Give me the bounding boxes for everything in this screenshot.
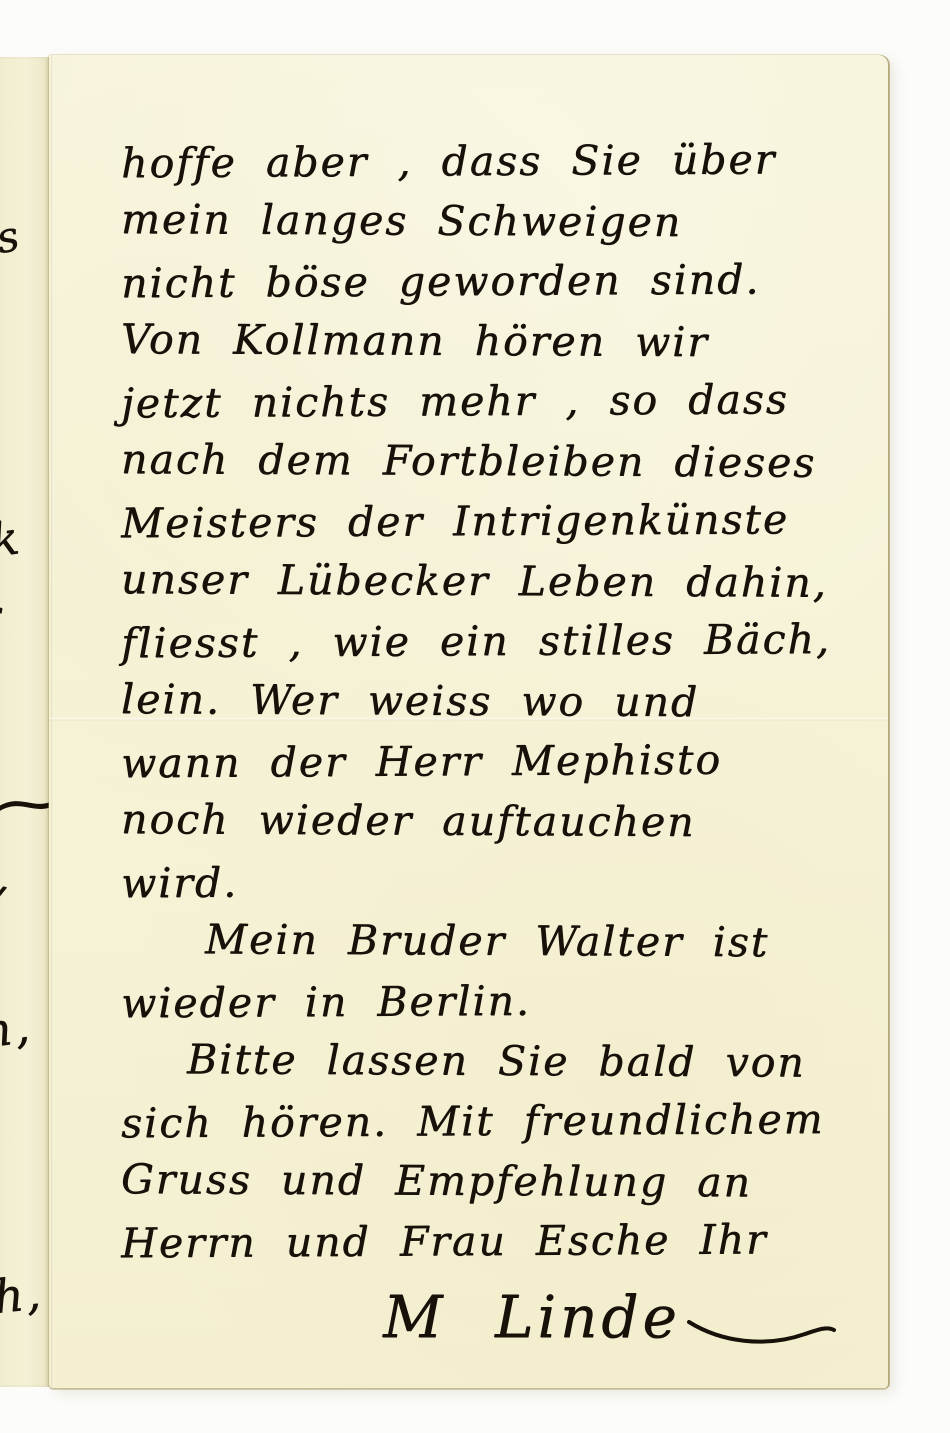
ink-fragment: ch,	[0, 1265, 45, 1327]
letter-line: lein. Wer weiss wo und	[121, 669, 870, 733]
adjacent-page-edge: ’ es lk r ~ / th, ch,	[0, 57, 49, 1387]
letter-line: Mein Bruder Walter ist	[205, 909, 870, 972]
ink-fragment: /	[0, 874, 7, 930]
letter-line: Bitte lassen Sie bald von	[187, 1029, 870, 1093]
signature-flourish	[687, 1308, 837, 1352]
letter-line: Meisters der Intrigenkünste	[121, 489, 870, 554]
letter-line: nach dem Fortbleiben dieses	[121, 429, 870, 493]
letter-line: hoffe aber , dass Sie über	[121, 129, 870, 194]
ink-fragment: th,	[0, 998, 34, 1061]
letter-line: sich hören. Mit freundlichem	[121, 1089, 870, 1154]
letter-line: wird.	[121, 849, 870, 914]
ink-fragment: es	[0, 210, 25, 268]
ink-fragment: lk	[0, 510, 24, 570]
ink-fragment: ’	[0, 144, 10, 181]
letter-line: noch wieder auftauchen	[121, 789, 870, 853]
letter-line: Gruss und Empfehlung an	[121, 1149, 870, 1213]
letter-page: hoffe aber , dass Sie über mein langes S…	[49, 55, 888, 1388]
letter-body: hoffe aber , dass Sie über mein langes S…	[121, 131, 870, 1363]
signature-text: M Linde	[383, 1274, 681, 1360]
ink-fragment: r	[0, 593, 2, 637]
letter-line: Von Kollmann hören wir	[121, 309, 870, 373]
letter-line: jetzt nichts mehr , so dass	[121, 369, 870, 434]
letter-line: mein langes Schweigen	[121, 189, 870, 253]
letter-line: unser Lübecker Leben dahin,	[121, 549, 870, 613]
letter-line: fliesst , wie ein stilles Bäch,	[121, 609, 870, 674]
scanned-letter-photo: ’ es lk r ~ / th, ch, hoffe aber , dass …	[0, 0, 950, 1433]
signature: M Linde	[383, 1271, 870, 1363]
letter-line: wann der Herr Mephisto	[121, 729, 870, 794]
letter-line: nicht böse geworden sind.	[121, 249, 870, 314]
letter-line: wieder in Berlin.	[121, 969, 870, 1034]
fold-crease-vertical	[51, 55, 54, 1388]
letter-line: Herrn und Frau Esche Ihr	[121, 1209, 870, 1274]
